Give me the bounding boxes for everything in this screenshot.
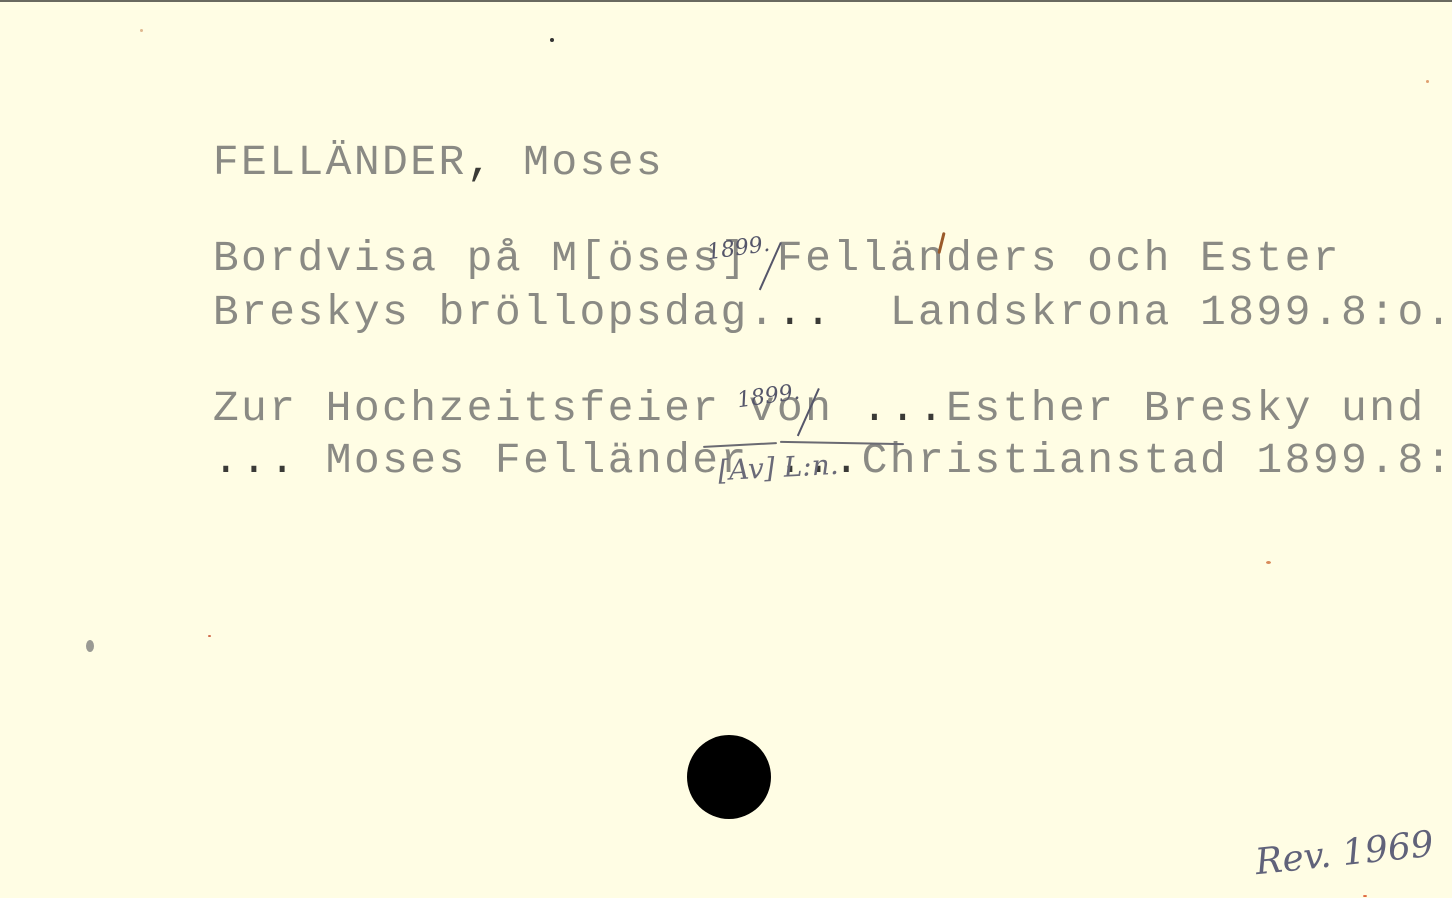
heading-given-name: Moses [523,138,664,187]
paper-speck [208,635,211,637]
punched-hole [687,735,771,819]
entry1-place-year: Landskrona 1899.8:o. [890,288,1452,337]
paper-speck [628,458,630,460]
revision-note: Rev. 1969 [1254,827,1436,882]
paper-speck [86,640,94,652]
paper-speck [1426,80,1429,83]
paper-speck [550,38,554,42]
entry1-ellipsis: .. [777,288,833,337]
entry2-leading-ellipsis: ... [213,436,298,485]
paper-speck [1363,895,1367,897]
heading-surname: FELLÄNDER [213,138,467,187]
entry1-line2-title: Breskys bröllopsdag. [213,288,777,337]
entry2-author: Moses Felländer [297,436,776,485]
catalog-card: FELLÄNDER, Moses Bordvisa på M[öses] Fel… [0,0,1452,898]
heading-comma: , [467,138,495,187]
paper-speck [1266,561,1271,564]
entry2-place-year: Christianstad 1899.8:o [862,436,1452,485]
handwritten-note: [Av] L:n. [717,451,839,485]
paper-speck [140,29,143,32]
